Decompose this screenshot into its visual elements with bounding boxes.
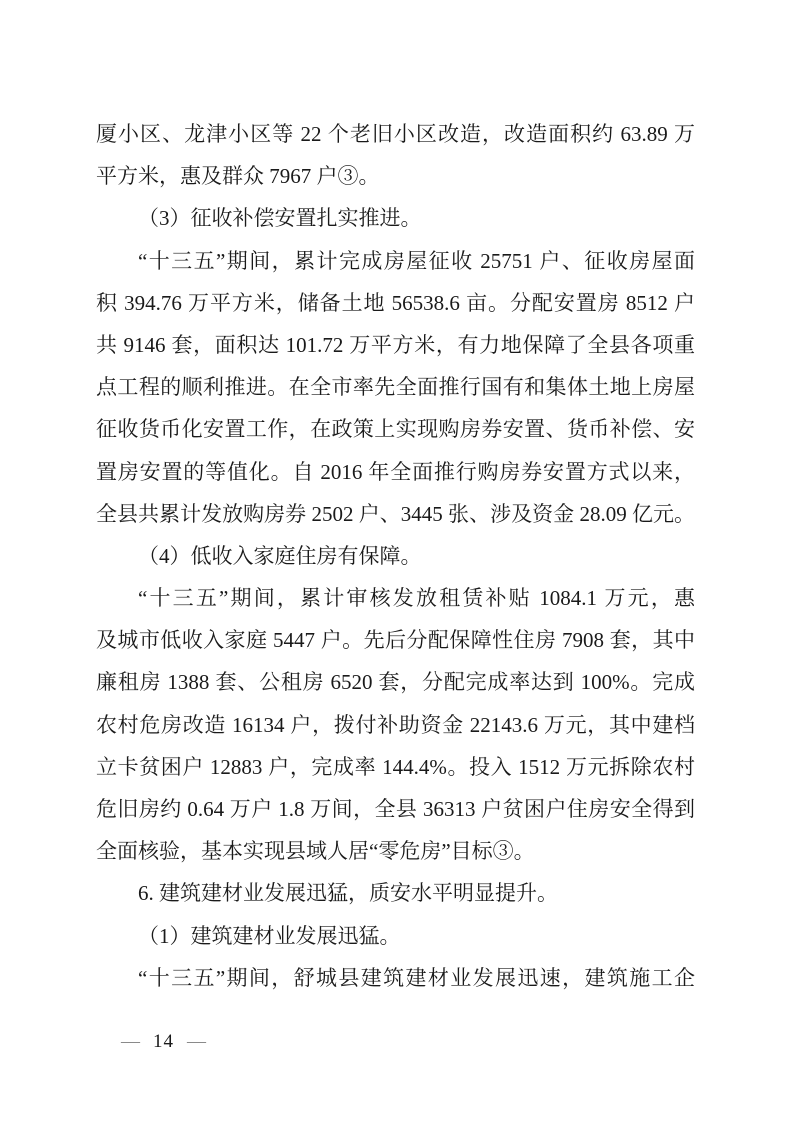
text-line: 农村危房改造 16134 户，拨付补助资金 22143.6 万元，其中建档 [96,704,695,746]
document-page: 厦小区、龙津小区等 22 个老旧小区改造，改造面积约 63.89 万平方米，惠及… [0,0,793,1122]
text-line: 积 394.76 万平方米，储备土地 56538.6 亩。分配安置房 8512 … [96,282,695,324]
text-line: 6. 建筑建材业发展迅猛，质安水平明显提升。 [96,872,695,914]
text-line: “十三五”期间，累计完成房屋征收 25751 户、征收房屋面 [96,240,695,282]
footer-dash-right: — [187,1029,206,1055]
text-line: （4）低收入家庭住房有保障。 [96,535,695,577]
text-line: 征收货币化安置工作，在政策上实现购房券安置、货币补偿、安 [96,408,695,450]
text-line: 全县共累计发放购房券 2502 户、3445 张、涉及资金 28.09 亿元。 [96,493,695,535]
text-line: 危旧房约 0.64 万户 1.8 万间，全县 36313 户贫困户住房安全得到 [96,788,695,830]
page-number: 14 [153,1029,174,1055]
text-line: “十三五”期间，舒城县建筑建材业发展迅速，建筑施工企 [96,957,695,999]
page-number-footer: — 14 — [121,1029,206,1055]
document-body: 厦小区、龙津小区等 22 个老旧小区改造，改造面积约 63.89 万平方米，惠及… [96,113,695,999]
text-line: 共 9146 套，面积达 101.72 万平方米，有力地保障了全县各项重 [96,324,695,366]
text-line: “十三五”期间，累计审核发放租赁补贴 1084.1 万元，惠 [96,577,695,619]
text-line: （3）征收补偿安置扎实推进。 [96,197,695,239]
text-line: 廉租房 1388 套、公租房 6520 套，分配完成率达到 100%。完成 [96,661,695,703]
text-line: （1）建筑建材业发展迅猛。 [96,915,695,957]
footer-dash-left: — [121,1029,140,1055]
text-line: 全面核验，基本实现县域人居“零危房”目标③。 [96,830,695,872]
text-line: 置房安置的等值化。自 2016 年全面推行购房券安置方式以来， [96,451,695,493]
text-line: 平方米，惠及群众 7967 户③。 [96,155,695,197]
text-line: 及城市低收入家庭 5447 户。先后分配保障性住房 7908 套，其中 [96,619,695,661]
text-line: 厦小区、龙津小区等 22 个老旧小区改造，改造面积约 63.89 万 [96,113,695,155]
text-line: 立卡贫困户 12883 户，完成率 144.4%。投入 1512 万元拆除农村 [96,746,695,788]
text-line: 点工程的顺利推进。在全市率先全面推行国有和集体土地上房屋 [96,366,695,408]
